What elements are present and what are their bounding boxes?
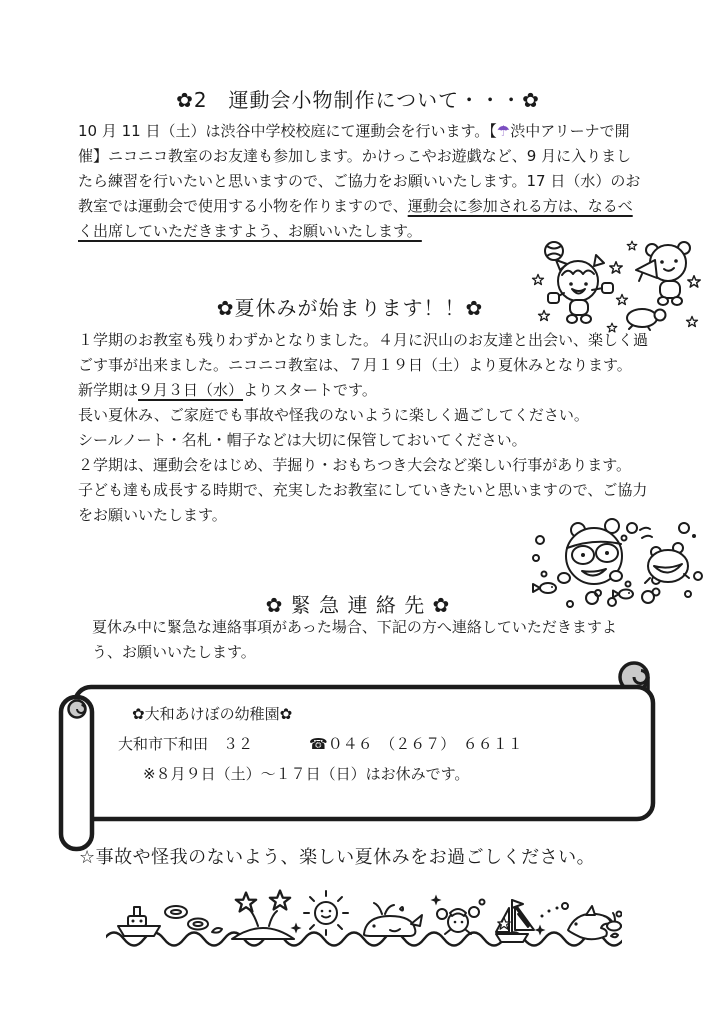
contact-phone-number: ０４６ （２６７） ６６１１ <box>328 735 523 753</box>
section2-start-underlined: ９月３日（水） <box>138 381 243 399</box>
section3-title: ✿ 緊 急 連 絡 先 ✿ <box>0 589 716 618</box>
section2-start-post: よりスタートです。 <box>243 381 377 399</box>
section1-title: ✿2 運動会小物制作について・・・✿ <box>0 84 716 113</box>
section2-title: ✿夏休みが始まります！！✿ <box>0 292 708 321</box>
rain-umbrella-icon: ☂ <box>497 122 510 140</box>
section2-paragraph: １学期のお教室も残りわずかとなりました。４月に沢山のお友達と出会い、楽しく過ごす… <box>78 328 654 528</box>
section2-line: シールノート・名札・帽子などは大切に保管しておいてください。 <box>78 428 654 453</box>
closing-message: ☆事故や怪我のないよう、楽しい夏休みをお過ごしください。 <box>79 843 595 869</box>
contact-closed-note: ※８月９日（土）～１７日（日）はお休みです。 <box>143 763 469 784</box>
section2-lead: １学期のお教室も残りわずかとなりました。４月に沢山のお友達と出会い、楽しく過ごす… <box>78 328 654 378</box>
phone-icon: ☎ <box>309 735 328 753</box>
scroll-banner <box>58 656 670 856</box>
section2-start-pre: 新学期は <box>78 381 138 399</box>
section1-text-1: 10 月 11 日（土）は渋谷中学校校庭にて運動会を行います。【 <box>78 122 497 140</box>
section2-line: 長い夏休み、ご家庭でも事故や怪我のないように楽しく過ごしてください。 <box>78 403 654 428</box>
contact-address: 大和市下和田 ３２ <box>118 735 253 753</box>
contact-name: ✿大和あけぼの幼稚園✿ <box>132 703 292 724</box>
newsletter-page: ✿2 運動会小物制作について・・・✿ 10 月 11 日（土）は渋谷中学校校庭に… <box>0 0 716 1012</box>
sea-wave-footer-border <box>106 886 622 950</box>
section1-paragraph: 10 月 11 日（土）は渋谷中学校校庭にて運動会を行います。【☂渋中アリーナで… <box>78 119 646 244</box>
contact-address-line: 大和市下和田 ３２☎０４６ （２６７） ６６１１ <box>118 733 523 754</box>
section2-line: ２学期は、運動会をはじめ、芋掘り・おもちつき大会など楽しい行事があります。 <box>78 453 654 478</box>
section2-start-line: 新学期は９月３日（水）よりスタートです。 <box>78 378 654 403</box>
